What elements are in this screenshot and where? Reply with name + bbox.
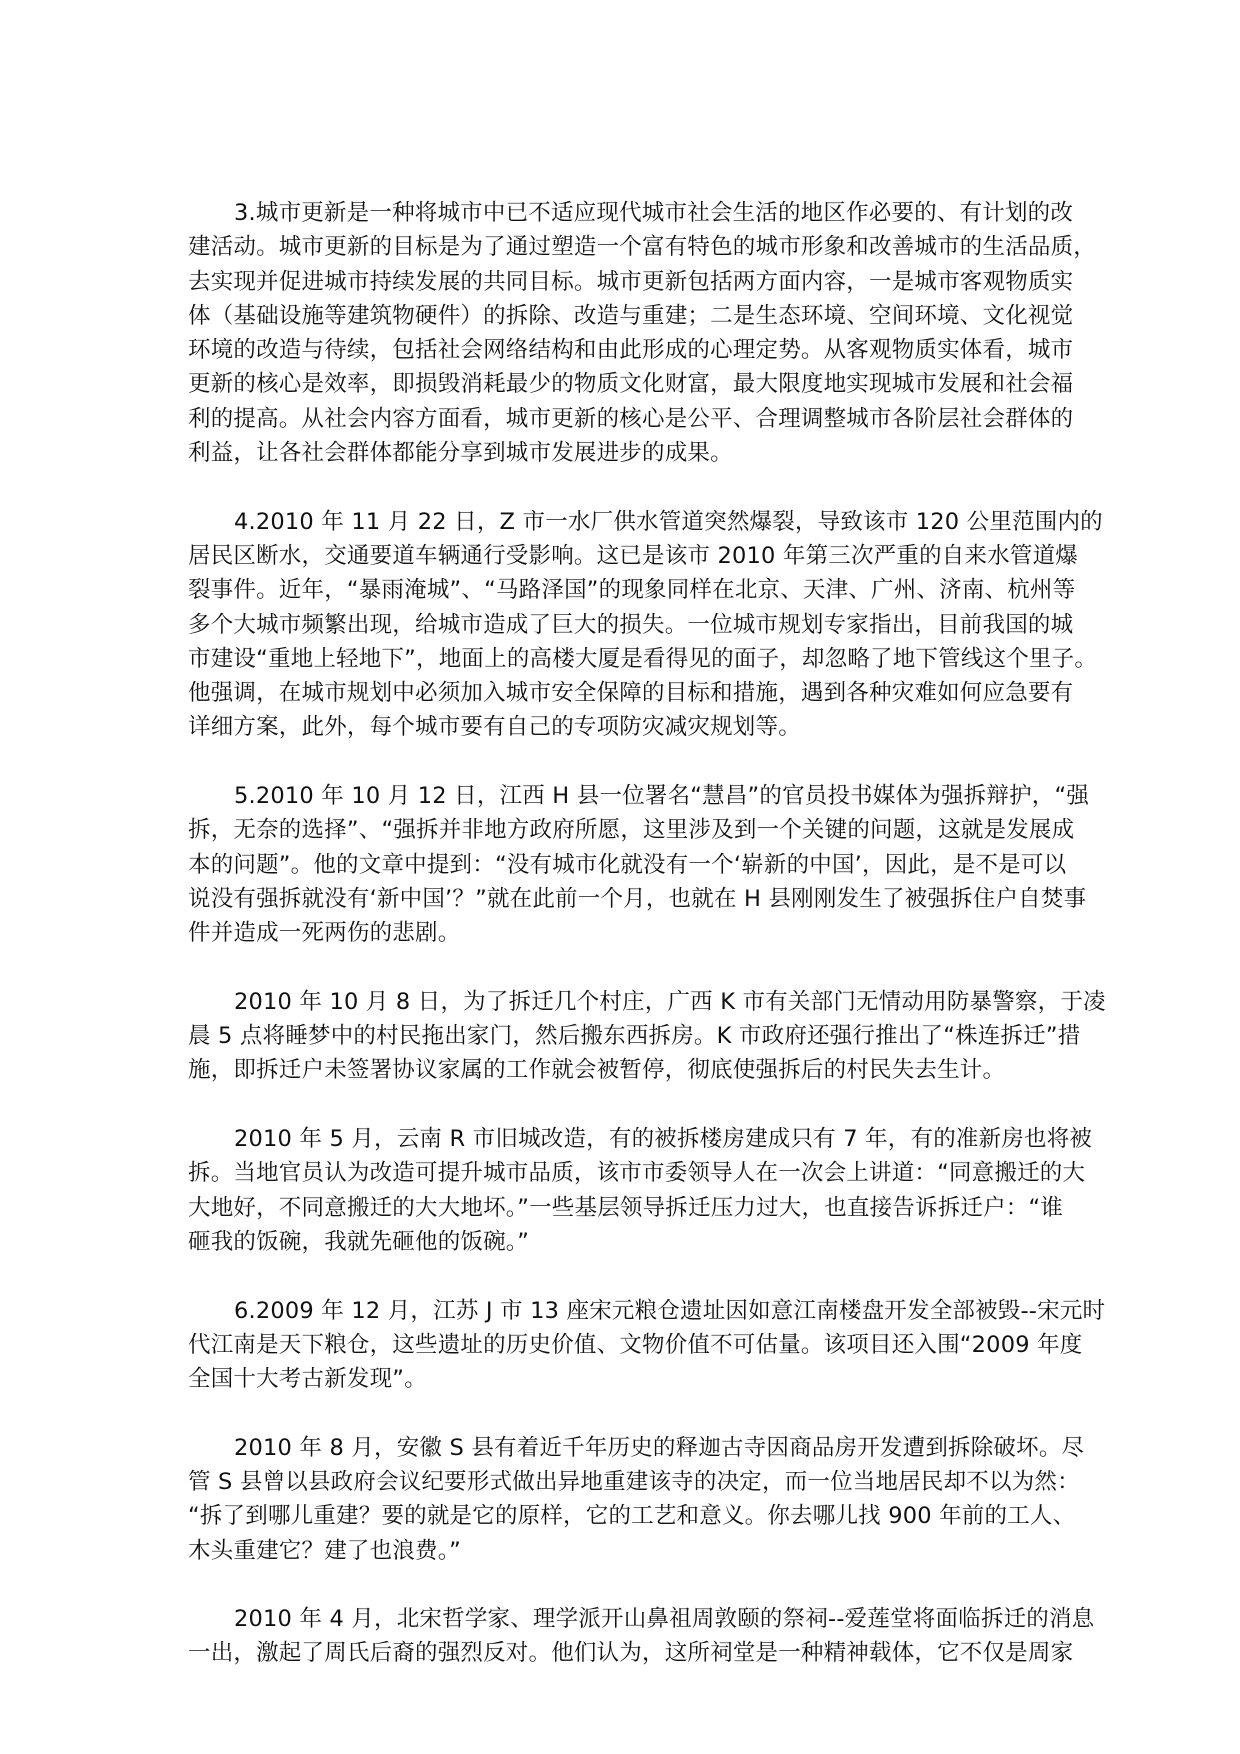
text-line: 4.2010 年 11 月 22 日，Z 市一水厂供水管道突然爆裂，导致该市 1… [188,505,1068,539]
text-line: 利的提高。从社会内容方面看，城市更新的核心是公平、合理调整城市各阶层社会群体的 [188,402,1068,436]
paragraph-5-k-city: 2010 年 10 月 8 日，为了拆迁几个村庄，广西 K 市有关部门无情动用防… [188,985,1068,1088]
text-line: 6.2009 年 12 月，江苏 J 市 13 座宋元粮仓遗址因如意江南楼盘开发… [188,1294,1068,1328]
text-line: 2010 年 8 月，安徽 S 县有着近千年历史的释迦古寺因商品房开发遭到拆除破… [188,1431,1068,1465]
paragraph-6-ailian-hall: 2010 年 4 月，北宋哲学家、理学派开山鼻祖周敦颐的祭祠--爱莲堂将面临拆迁… [188,1602,1068,1671]
text-line: “拆了到哪儿重建？要的就是它的原样，它的工艺和意义。你去哪儿找 900 年前的工… [188,1499,1068,1533]
text-line: 裂事件。近年，“暴雨淹城”、“马路泽国”的现象同样在北京、天津、广州、济南、杭州… [188,573,1068,607]
text-line: 居民区断水，交通要道车辆通行受影响。这已是该市 2010 年第三次严重的自来水管… [188,539,1068,573]
text-line: 大地好，不同意搬迁的大大地坏。”一些基层领导拆迁压力过大，也直接告诉拆迁户：“谁 [188,1191,1068,1225]
text-line: 拆。当地官员认为改造可提升城市品质，该市市委领导人在一次会上讲道：“同意搬迁的大 [188,1156,1068,1190]
text-line: 全国十大考古新发现”。 [188,1362,1068,1396]
text-line: 市建设“重地上轻地下”，地面上的高楼大厦是看得见的面子，却忽略了地下管线这个里子… [188,642,1068,676]
paragraph-5-r-city: 2010 年 5 月，云南 R 市旧城改造，有的被拆楼房建成只有 7 年，有的准… [188,1122,1068,1259]
text-line: 本的问题”。他的文章中提到：“没有城市化就没有一个‘崭新的中国’，因此，是不是可… [188,848,1068,882]
paragraph-4-water-pipe-burst: 4.2010 年 11 月 22 日，Z 市一水厂供水管道突然爆裂，导致该市 1… [188,505,1068,745]
text-line: 体（基础设施等建筑物硬件）的拆除、改造与重建；二是生态环境、空间环境、文化视觉 [188,299,1068,333]
text-line: 木头重建它？建了也浪费。” [188,1534,1068,1568]
text-line: 代江南是天下粮仓，这些遗址的历史价值、文物价值不可估量。该项目还入围“2009 … [188,1328,1068,1362]
text-line: 更新的核心是效率，即损毁消耗最少的物质文化财富，最大限度地实现城市发展和社会福 [188,367,1068,401]
text-line: 2010 年 10 月 8 日，为了拆迁几个村庄，广西 K 市有关部门无情动用防… [188,985,1068,1019]
text-line: 详细方案，此外，每个城市要有自己的专项防灾减灾规划等。 [188,710,1068,744]
text-line: 说没有强拆就没有‘新中国’？”就在此前一个月，也就在 H 县刚刚发生了被强拆住户… [188,882,1068,916]
text-line: 拆，无奈的选择”、“强拆并非地方政府所愿，这里涉及到一个关键的问题，这就是发展成 [188,813,1068,847]
paragraph-6-granary-ruins: 6.2009 年 12 月，江苏 J 市 13 座宋元粮仓遗址因如意江南楼盘开发… [188,1294,1068,1397]
text-line: 他强调，在城市规划中必须加入城市安全保障的目标和措施，遇到各种灾难如何应急要有 [188,676,1068,710]
document-page: 3.城市更新是一种将城市中已不适应现代城市社会生活的地区作必要的、有计划的改 建… [188,196,1068,1705]
paragraph-6-temple: 2010 年 8 月，安徽 S 县有着近千年历史的释迦古寺因商品房开发遭到拆除破… [188,1431,1068,1568]
paragraph-3-urban-renewal: 3.城市更新是一种将城市中已不适应现代城市社会生活的地区作必要的、有计划的改 建… [188,196,1068,470]
text-line: 晨 5 点将睡梦中的村民拖出家门，然后搬东西拆房。K 市政府还强行推出了“株连拆… [188,1019,1068,1053]
text-line: 多个大城市频繁出现，给城市造成了巨大的损失。一位城市规划专家指出，目前我国的城 [188,608,1068,642]
text-line: 一出，激起了周氏后裔的强烈反对。他们认为，这所祠堂是一种精神载体，它不仅是周家 [188,1636,1068,1670]
text-line: 施，即拆迁户未签署协议家属的工作就会被暂停，彻底使强拆后的村民失去生计。 [188,1053,1068,1087]
text-line: 2010 年 4 月，北宋哲学家、理学派开山鼻祖周敦颐的祭祠--爱莲堂将面临拆迁… [188,1602,1068,1636]
text-line: 建活动。城市更新的目标是为了通过塑造一个富有特色的城市形象和改善城市的生活品质， [188,230,1068,264]
text-line: 3.城市更新是一种将城市中已不适应现代城市社会生活的地区作必要的、有计划的改 [188,196,1068,230]
paragraph-5-forced-demolition-h-county: 5.2010 年 10 月 12 日，江西 H 县一位署名“慧昌”的官员投书媒体… [188,779,1068,950]
text-line: 砸我的饭碗，我就先砸他的饭碗。” [188,1225,1068,1259]
text-line: 2010 年 5 月，云南 R 市旧城改造，有的被拆楼房建成只有 7 年，有的准… [188,1122,1068,1156]
text-line: 件并造成一死两伤的悲剧。 [188,916,1068,950]
text-line: 5.2010 年 10 月 12 日，江西 H 县一位署名“慧昌”的官员投书媒体… [188,779,1068,813]
text-line: 去实现并促进城市持续发展的共同目标。城市更新包括两方面内容，一是城市客观物质实 [188,265,1068,299]
text-line: 环境的改造与待续，包括社会网络结构和由此形成的心理定势。从客观物质实体看，城市 [188,333,1068,367]
text-line: 管 S 县曾以县政府会议纪要形式做出异地重建该寺的决定，而一位当地居民却不以为然… [188,1465,1068,1499]
text-line: 利益，让各社会群体都能分享到城市发展进步的成果。 [188,436,1068,470]
